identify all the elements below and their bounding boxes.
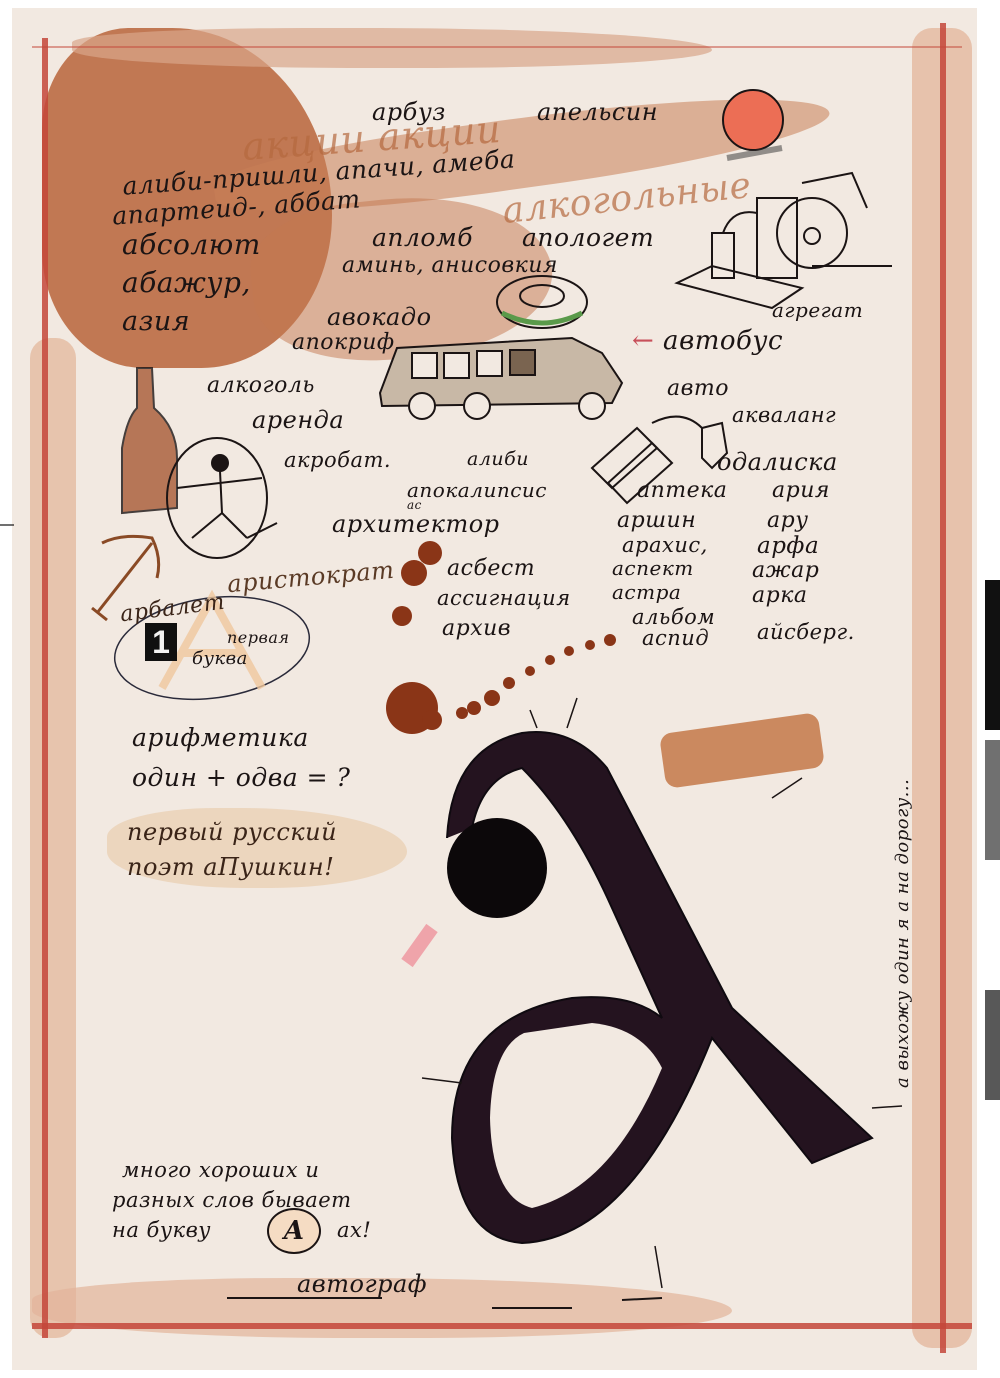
word-avtobus: ← автобус bbox=[632, 326, 783, 356]
poet-line-1: первый русский bbox=[127, 818, 337, 846]
word-agregat: агрегат bbox=[772, 298, 863, 322]
word-apelsin: апельсин bbox=[537, 98, 658, 126]
word-amen: аминь, анисовкия bbox=[342, 253, 558, 278]
word-arahis: арахис, bbox=[622, 533, 708, 557]
word-odaliska: одалиска bbox=[717, 448, 838, 476]
word-arenda: аренда bbox=[252, 406, 344, 434]
bottom-scribbles bbox=[227, 1298, 662, 1308]
word-alkogol: алкоголь bbox=[207, 373, 315, 398]
number-badge: 1 bbox=[145, 623, 177, 661]
word-arhitektor: архитектор bbox=[332, 510, 500, 538]
word-arifmetika: арифметика bbox=[132, 723, 309, 752]
badge-caption-letter: буква bbox=[192, 648, 248, 669]
word-aysberg: айсберг. bbox=[757, 620, 855, 644]
word-arka: арка bbox=[752, 583, 807, 608]
word-aplomb: апломб bbox=[372, 223, 473, 252]
word-aziya: азия bbox=[122, 306, 190, 337]
closing-line-3a: на букву bbox=[112, 1218, 211, 1242]
word-astra: астра bbox=[612, 580, 681, 604]
word-avtograf: автограф bbox=[297, 1270, 427, 1298]
word-arshin: аршин bbox=[617, 508, 696, 533]
equation-text: один + одва = ? bbox=[132, 763, 350, 792]
word-apokalipsis: апокалипсис bbox=[407, 478, 547, 502]
word-akrobat: акробат. bbox=[284, 448, 391, 472]
vertical-quote: а выхожу один я а на дорогу... bbox=[892, 779, 913, 1088]
word-avokado: авокадо bbox=[327, 303, 432, 331]
circled-letter: А bbox=[267, 1208, 321, 1254]
word-apokrif: апокриф bbox=[292, 330, 395, 355]
paper-sheet: акции акции алкогольные арбуз апельсин а… bbox=[12, 8, 977, 1370]
bus-drawing bbox=[380, 338, 622, 419]
word-arfa: арфа bbox=[757, 533, 819, 559]
word-asbest: асбест bbox=[447, 556, 535, 581]
bottle-drawing bbox=[122, 368, 177, 513]
circled-letter-label: А bbox=[283, 1216, 304, 1246]
scan-artifact-right-3 bbox=[985, 990, 1000, 1100]
word-assignaciya: ассигнация bbox=[437, 586, 571, 610]
word-akvalang: акваланг bbox=[732, 403, 836, 427]
word-arbuz: арбуз bbox=[372, 98, 446, 126]
word-avto: авто bbox=[667, 376, 729, 401]
avocado-drawing bbox=[497, 276, 587, 328]
number-badge-label: 1 bbox=[152, 624, 170, 660]
word-aru: ару bbox=[767, 508, 808, 533]
acrobat-drawing bbox=[167, 438, 277, 558]
scan-artifact-left-line bbox=[0, 524, 14, 526]
closing-line-3b: ах! bbox=[337, 1218, 371, 1242]
word-apteka: аптека bbox=[637, 478, 727, 503]
closing-line-2: разных слов бывает bbox=[112, 1188, 352, 1212]
word-abazhur: абажур, bbox=[122, 266, 251, 299]
badge-caption-first: первая bbox=[227, 628, 289, 647]
word-absolut: абсолют bbox=[122, 228, 261, 261]
word-alibi: алиби bbox=[467, 448, 529, 470]
orange-drawing bbox=[723, 90, 783, 158]
word-apologet: апологет bbox=[522, 223, 654, 252]
big-letter-a-drawing bbox=[407, 732, 872, 1243]
word-ariya: ария bbox=[772, 478, 830, 503]
word-azhar: ажар bbox=[752, 558, 819, 583]
scan-artifact-right-2 bbox=[985, 740, 1000, 860]
word-arhiv: архив bbox=[442, 616, 511, 641]
word-aspekt: аспект bbox=[612, 556, 694, 580]
scan-artifact-right-1 bbox=[985, 580, 1000, 730]
poet-line-2: поэт аПушкин! bbox=[127, 853, 334, 881]
closing-line-1: много хороших и bbox=[122, 1158, 319, 1182]
word-aspid: аспид bbox=[642, 626, 709, 650]
